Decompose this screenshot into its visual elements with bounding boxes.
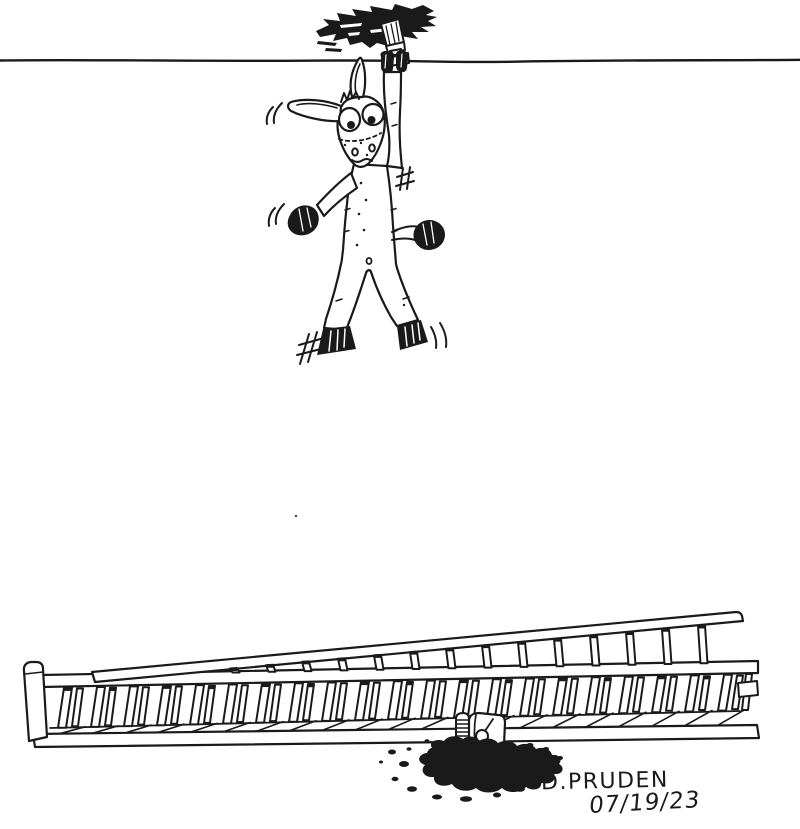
- shoulder-hash: [396, 167, 414, 190]
- cartoon-panel: D.PRUDEN 07/19/23: [0, 0, 800, 829]
- donkey-tail: [392, 220, 445, 250]
- donkey-raised-arm: [384, 72, 402, 168]
- donkey: [267, 50, 447, 364]
- left-rear-hoof: [317, 326, 356, 355]
- donkey-up-ear: [351, 58, 365, 97]
- left-pupil: [347, 121, 355, 129]
- smear-streaks: [317, 41, 342, 52]
- paint-smear: [316, 4, 437, 52]
- tail-tuft: [413, 220, 445, 250]
- donkey-head: [288, 58, 385, 167]
- ink-speck: [295, 515, 297, 517]
- fallen-ladder: [24, 612, 759, 747]
- smear-blob: [316, 4, 437, 48]
- right-pupil: [368, 116, 376, 124]
- cartoon-drawing: [0, 0, 800, 829]
- paint-spill: [379, 736, 563, 802]
- ladder-stub: [738, 681, 758, 697]
- donkey-left-hand-hoof: [288, 205, 319, 235]
